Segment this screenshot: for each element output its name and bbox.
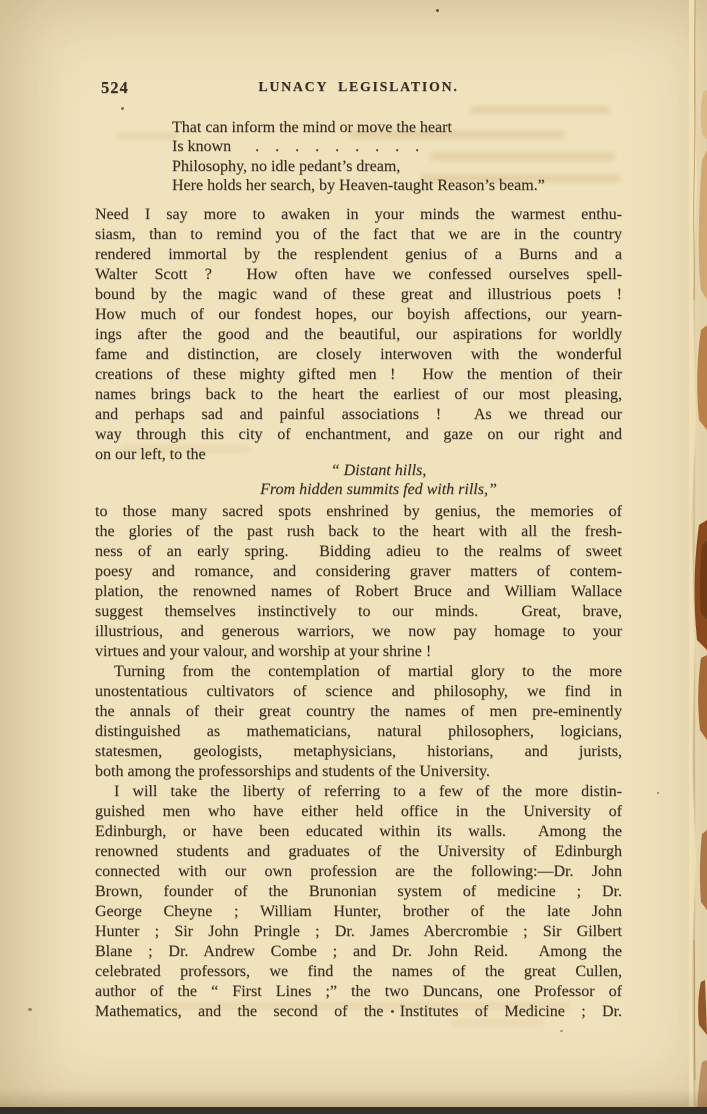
text-line: both among the professorships and studen… <box>95 762 622 782</box>
distant-hills-quote: “ Distant hills,From hidden summits fed … <box>135 461 622 500</box>
text-line: plation, the renowned names of Robert Br… <box>95 582 622 602</box>
text-line: to those many sacred spots enshrined by … <box>95 502 622 522</box>
text-line: poesy and romance, and considering grave… <box>95 562 622 582</box>
text-line: celebrated professors, we find the names… <box>95 962 622 982</box>
text-line: virtues and your valour, and worship at … <box>95 642 622 662</box>
text-line: distinguished as mathematicians, natural… <box>95 722 622 742</box>
text-line: names brings back to the heart the earli… <box>95 385 622 405</box>
text-line: the glories of the past rush back to the… <box>95 522 622 542</box>
text-line: rendered immortal by the resplendent gen… <box>95 245 622 265</box>
text-blocks: That can inform the mind or move the hea… <box>95 118 622 1022</box>
text-line: Is known . . . . . . . . . <box>172 137 622 156</box>
text-line: Here holds her search, by Heaven-taught … <box>172 176 622 195</box>
paper-speck <box>436 9 439 12</box>
paragraph-edinburgh-men: I will take the liberty of referring to … <box>95 782 622 1022</box>
text-line: author of the “ First Lines ;” the two D… <box>95 982 622 1002</box>
text-line: renowned students and graduates of the U… <box>95 842 622 862</box>
paragraph-sacred-spots: to those many sacred spots enshrined by … <box>95 502 622 662</box>
bottom-shadow <box>0 1089 707 1107</box>
text-line: Edinburgh, or have been educated within … <box>95 822 622 842</box>
paragraph-science-philosophy: Turning from the contemplation of martia… <box>95 662 622 782</box>
text-line: Turning from the contemplation of martia… <box>95 662 622 682</box>
text-line: “ Distant hills, <box>135 461 622 480</box>
text-line: illustrious, and generous warriors, we n… <box>95 622 622 642</box>
text-line: fame and distinction, are closely interw… <box>95 345 622 365</box>
text-line: suggest themselves instinctively to our … <box>95 602 622 622</box>
opening-verse-quote: That can inform the mind or move the hea… <box>172 118 622 196</box>
text-line: From hidden summits fed with rills,” <box>135 480 622 499</box>
text-line: statesmen, geologists, metaphysicians, h… <box>95 742 622 762</box>
text-line: Mathematics, and the second of the Insti… <box>95 1002 622 1022</box>
text-line: Philosophy, no idle pedant’s dream, <box>172 157 622 176</box>
text-line: connected with our own profession are th… <box>95 862 622 882</box>
page-header: 524 LUNACY LEGISLATION. <box>95 78 622 98</box>
book-page-scan: 524 LUNACY LEGISLATION. That can inform … <box>0 0 707 1114</box>
text-line: siasm, than to remind you of the fact th… <box>95 225 622 245</box>
text-line: unostentatious cultivators of science an… <box>95 682 622 702</box>
text-line: Walter Scott ? How often have we confess… <box>95 265 622 285</box>
text-line: Blane ; Dr. Andrew Combe ; and Dr. John … <box>95 942 622 962</box>
text-line: ness of an early spring. Bidding adieu t… <box>95 542 622 562</box>
torn-page-edge <box>661 0 707 1114</box>
paper-speck <box>28 1008 32 1011</box>
text-line: I will take the liberty of referring to … <box>95 782 622 802</box>
text-line: the annals of their great country the na… <box>95 702 622 722</box>
text-line: and perhaps sad and painful associations… <box>95 405 622 425</box>
text-line: way through this city of enchantment, an… <box>95 425 622 445</box>
paragraph-enthusiasm: Need I say more to awaken in your minds … <box>95 205 622 465</box>
text-line: How much of our fondest hopes, our boyis… <box>95 305 622 325</box>
paper-speck <box>657 792 659 794</box>
text-line: bound by the magic wand of these great a… <box>95 285 622 305</box>
text-line: Hunter ; Sir John Pringle ; Dr. James Ab… <box>95 922 622 942</box>
bottom-scan-edge <box>0 1107 707 1114</box>
text-line: George Cheyne ; William Hunter, brother … <box>95 902 622 922</box>
page-number: 524 <box>101 78 129 98</box>
text-line: ings after the good and the beautiful, o… <box>95 325 622 345</box>
text-line: That can inform the mind or move the hea… <box>172 118 622 137</box>
paper-speck <box>560 1030 563 1032</box>
text-column: 524 LUNACY LEGISLATION. That can inform … <box>95 78 622 1022</box>
text-line: creations of these mighty gifted men ! H… <box>95 365 622 385</box>
running-title: LUNACY LEGISLATION. <box>258 79 458 94</box>
text-line: Brown, founder of the Brunonian system o… <box>95 882 622 902</box>
text-line: Need I say more to awaken in your minds … <box>95 205 622 225</box>
text-line: guished men who have either held office … <box>95 802 622 822</box>
